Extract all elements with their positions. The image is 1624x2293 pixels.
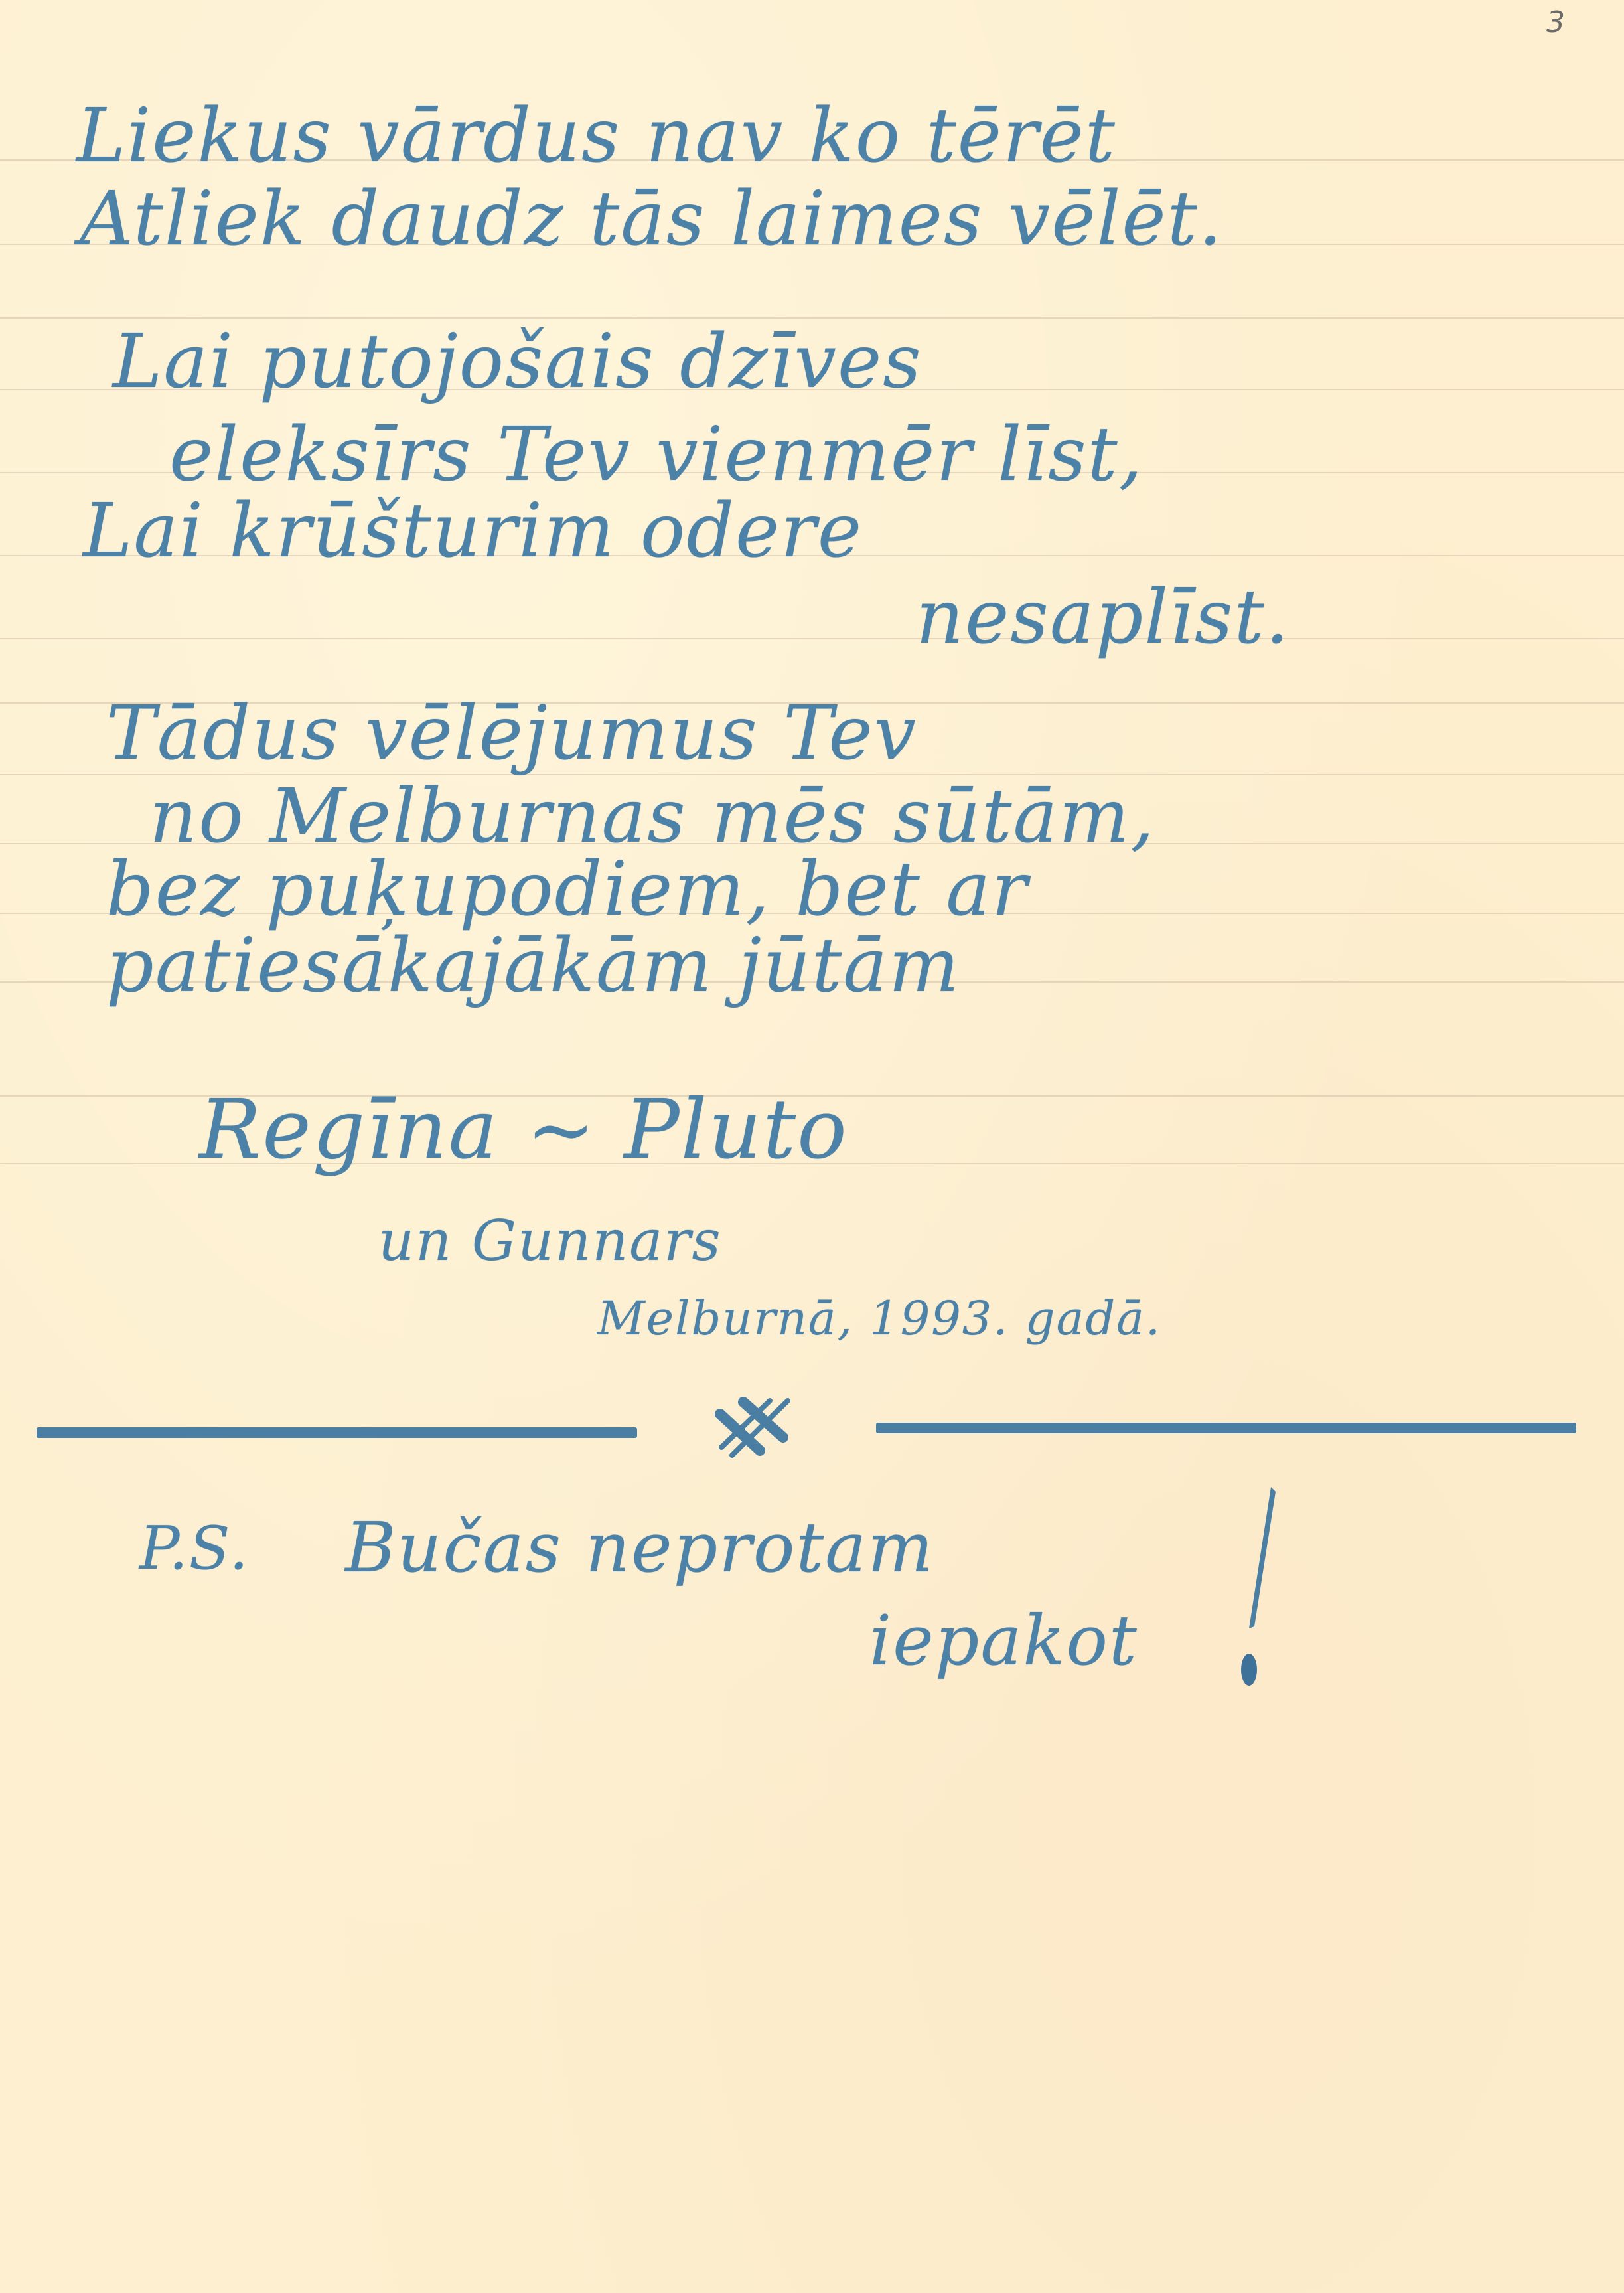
stanza3-line4: patiesākajākām jūtām [106, 923, 960, 1009]
stanza1-line1: Liekus vārdus nav ko tērēt [76, 93, 1116, 179]
star-ornament-icon [713, 1394, 793, 1467]
ruled-line [0, 638, 1624, 639]
stanza2-line1: Lai putojošais dzīves [113, 319, 923, 405]
signature-names: Regīna ∼ Pluto [199, 1082, 848, 1178]
stanza2-line3: Lai krūšturim odere [83, 488, 863, 574]
exclamation-mark-icon [1234, 1484, 1288, 1696]
stanza3-line1: Tādus vēlējumus Tev [106, 690, 917, 777]
stanza2-line4: nesaplīst. [916, 574, 1290, 661]
place-date: Melburnā, 1993. gadā. [597, 1291, 1161, 1346]
stanza2-line2: eleksīrs Tev vienmēr līst, [169, 412, 1144, 498]
ps-label: P.S. [139, 1514, 250, 1583]
stanza3-line3: bez puķupodiem, bet ar [106, 846, 1029, 933]
stanza1-line2: Atliek daudz tās laimes vēlēt. [80, 176, 1223, 262]
signature-addition: un Gunnars [378, 1208, 722, 1273]
page-number: 3 [1546, 5, 1565, 39]
ps-line1: Bučas neprotam [345, 1507, 934, 1588]
divider-left [37, 1427, 637, 1438]
ps-line2: iepakot [869, 1600, 1138, 1681]
divider-right [876, 1423, 1576, 1433]
